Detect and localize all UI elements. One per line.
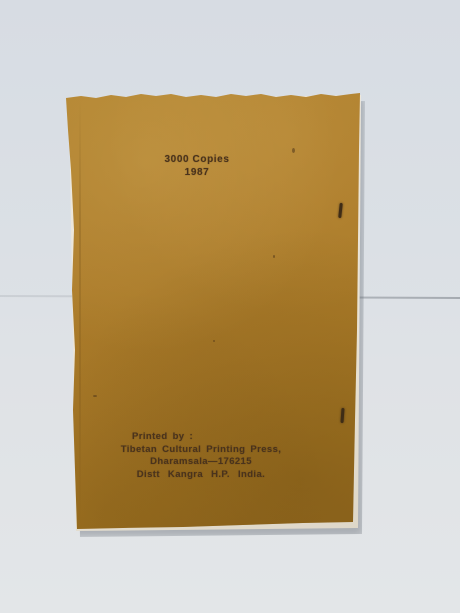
print-run-text: 3000 Copies bbox=[132, 153, 262, 166]
paper-speck bbox=[292, 148, 295, 153]
staple-mark-bottom bbox=[340, 408, 344, 423]
cover-crease bbox=[79, 100, 81, 525]
print-run-block: 3000 Copies 1987 bbox=[132, 153, 262, 179]
staple-mark-top bbox=[338, 203, 343, 218]
paper-speck bbox=[273, 255, 275, 258]
imprint-printed-by: Printed by : bbox=[115, 431, 287, 444]
imprint-address: Dharamsala—176215 bbox=[115, 456, 287, 469]
imprint-district: Distt Kangra H.P. India. bbox=[115, 469, 287, 482]
paper-speck bbox=[93, 395, 97, 397]
paper-speck bbox=[213, 340, 215, 342]
imprint-block: Printed by : Tibetan Cultural Printing P… bbox=[115, 431, 287, 481]
imprint-press-name: Tibetan Cultural Printing Press, bbox=[115, 444, 287, 457]
book-back-cover: 3000 Copies 1987 Printed by : Tibetan Cu… bbox=[63, 90, 361, 532]
photo-background: 3000 Copies 1987 Printed by : Tibetan Cu… bbox=[0, 0, 460, 613]
year-text: 1987 bbox=[132, 166, 262, 179]
cover-surface: 3000 Copies 1987 Printed by : Tibetan Cu… bbox=[63, 90, 361, 532]
